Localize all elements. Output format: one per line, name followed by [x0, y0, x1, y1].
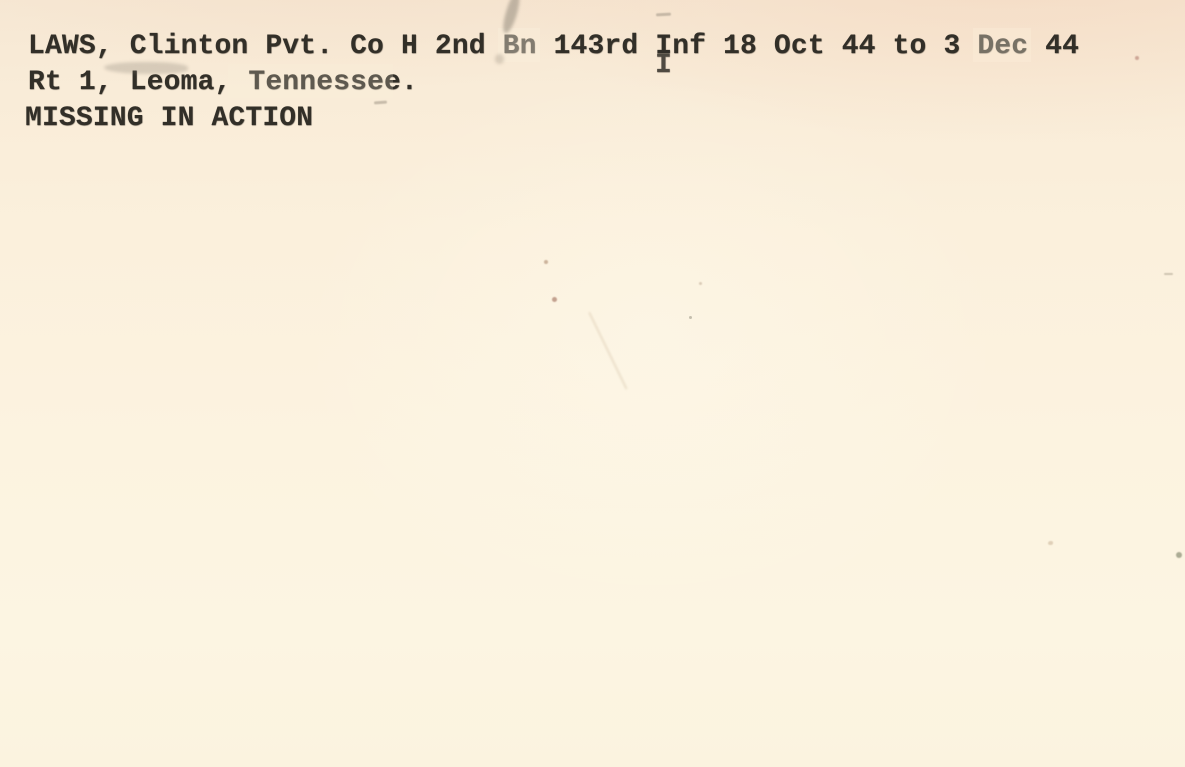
stray-mark [374, 101, 387, 105]
paper-speck [544, 260, 548, 264]
paper-crease [588, 312, 627, 390]
paper-speck [689, 316, 692, 319]
paper-speck [699, 282, 702, 285]
stray-mark [1164, 273, 1173, 275]
paper-speck [1176, 552, 1182, 558]
paper-speck [1135, 56, 1139, 60]
address-line: Rt 1, Leoma, Tennessee. [28, 66, 418, 100]
paper-speck [1048, 541, 1053, 545]
scanned-card: LAWS, Clinton Pvt. Co H 2nd Bn 143rd Inf… [0, 0, 1185, 767]
service-record-line: LAWS, Clinton Pvt. Co H 2nd Bn 143rd Inf… [28, 30, 1079, 64]
stray-mark [656, 13, 671, 17]
status-line: MISSING IN ACTION [25, 102, 313, 136]
overstrike-character: I [655, 49, 672, 83]
paper-speck [552, 297, 557, 302]
